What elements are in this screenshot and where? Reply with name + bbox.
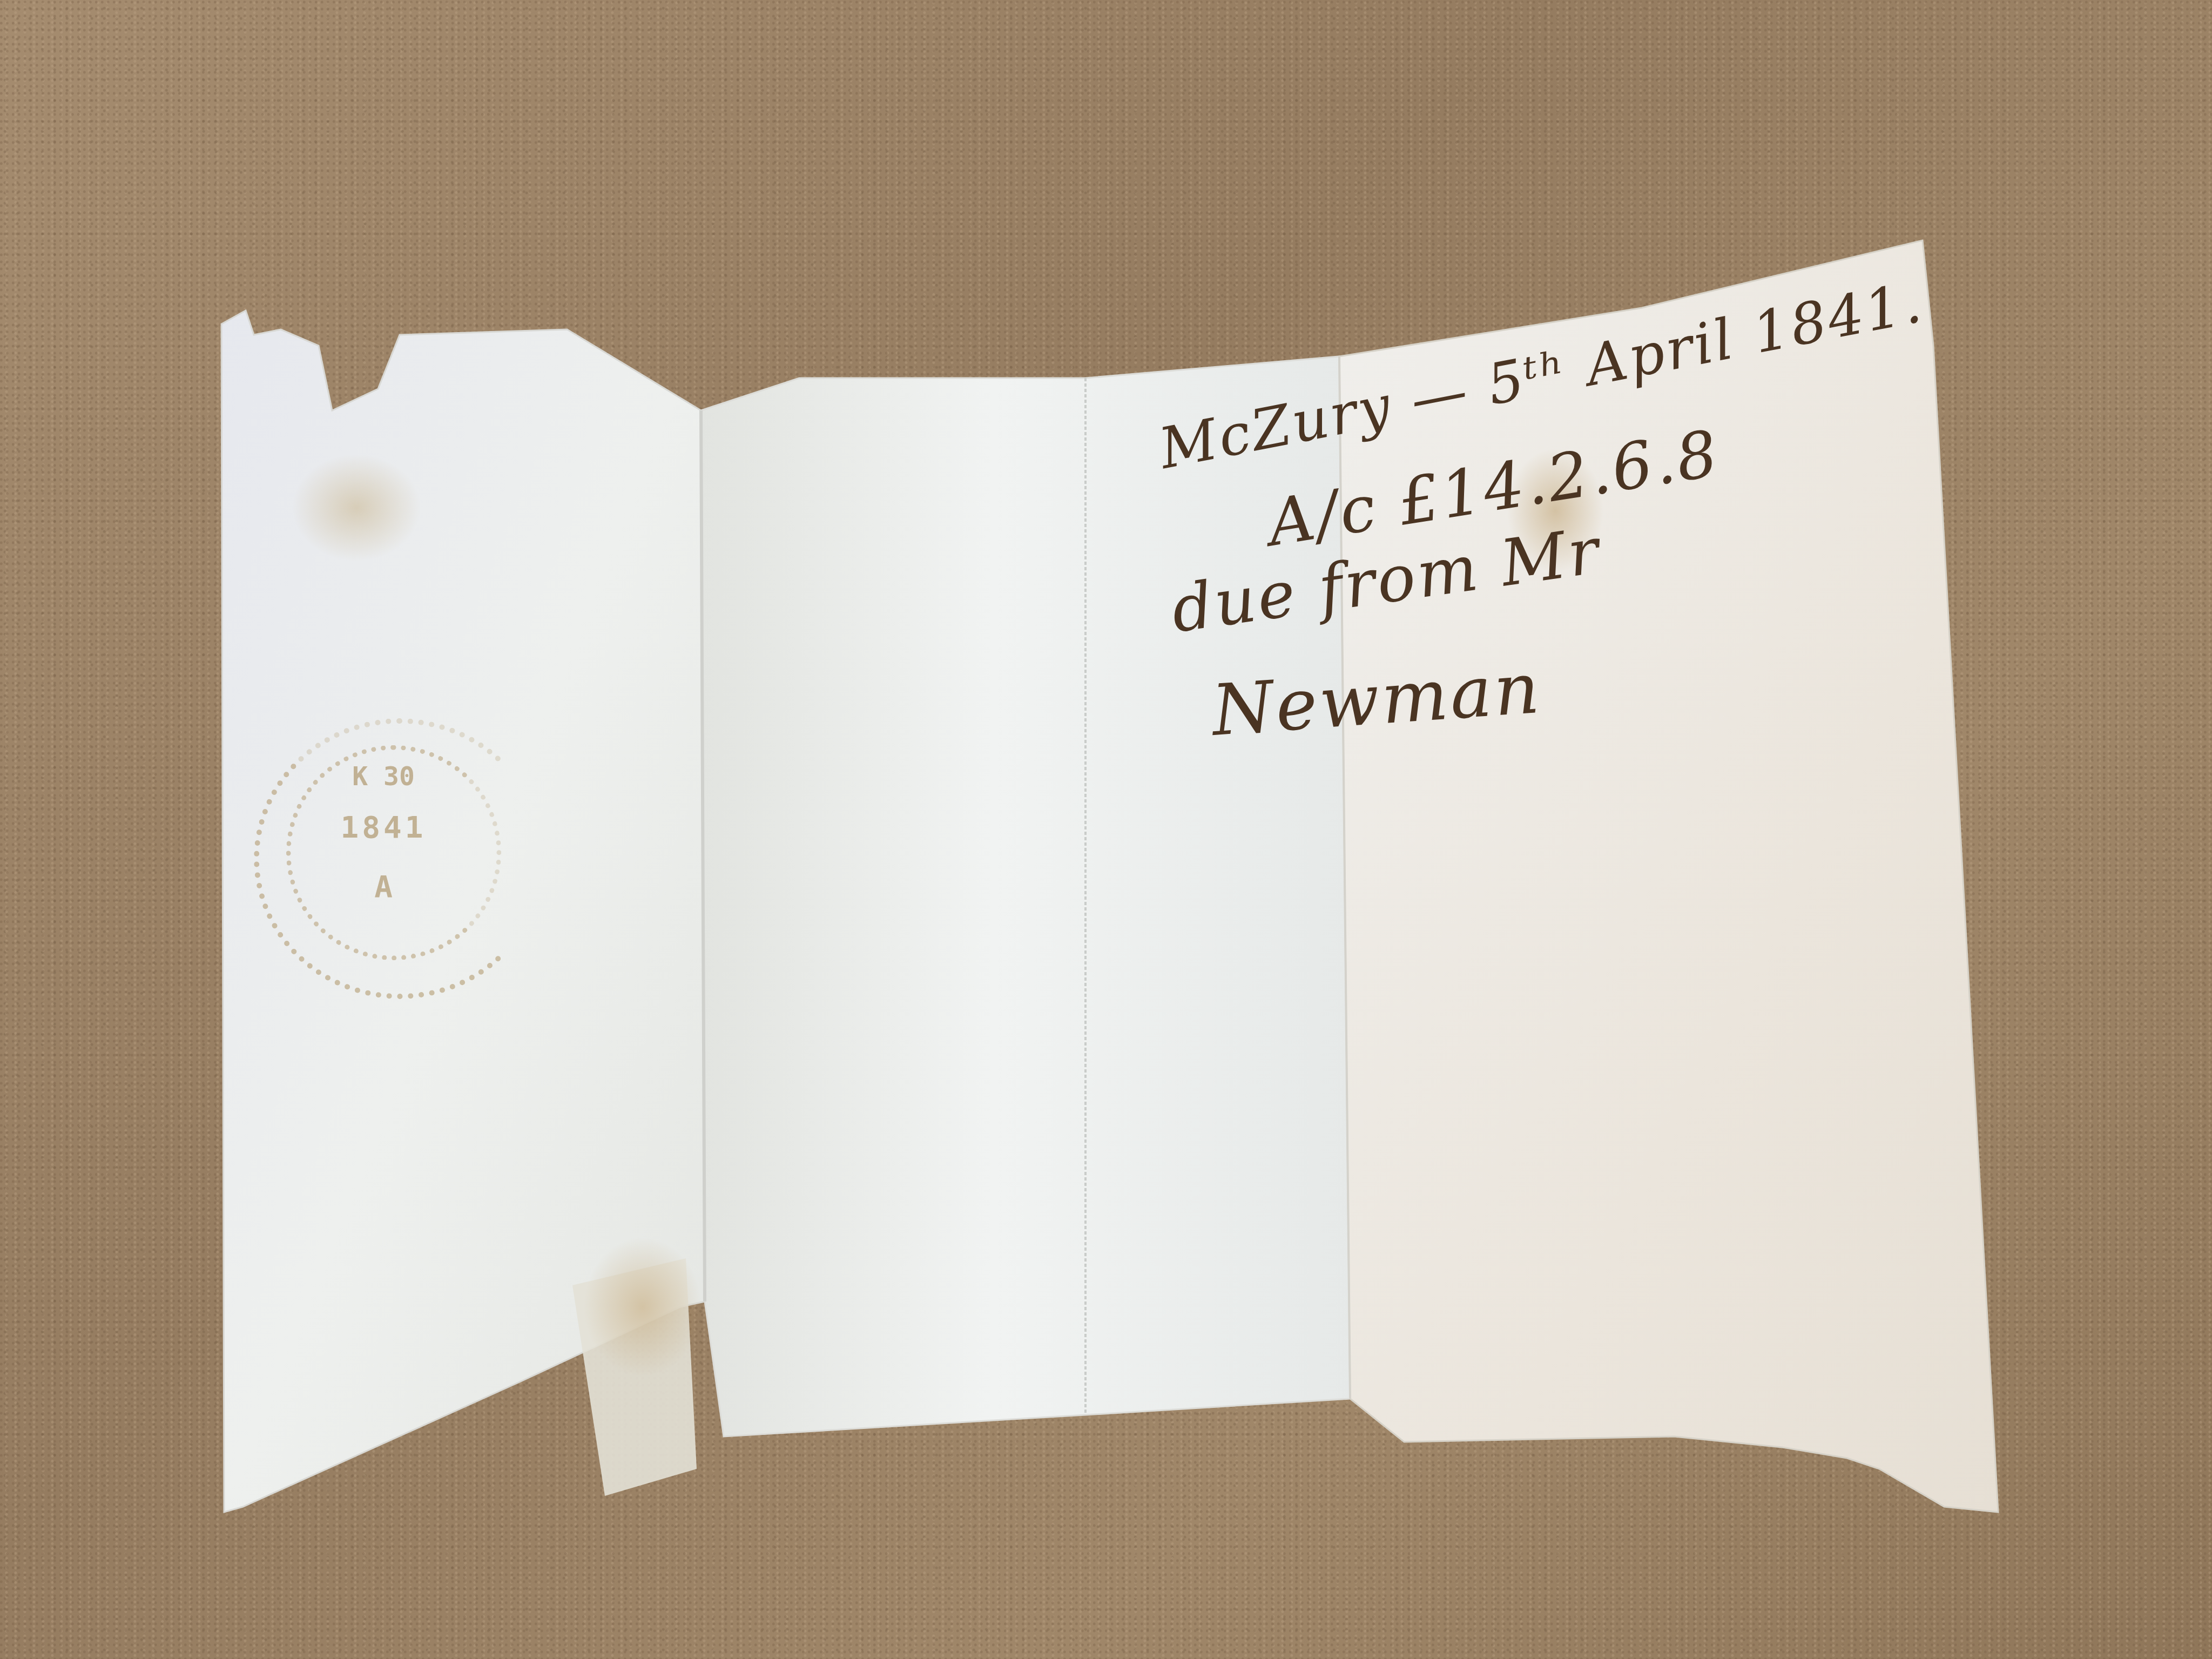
photo-scene: K 30 1841 A McZury — 5ᵗʰ April 1841. A/c… xyxy=(0,0,2212,1659)
postmark-line-1: K 30 xyxy=(329,761,437,792)
postmark-line-2: 1841 xyxy=(329,810,437,845)
middle-panel xyxy=(701,356,1350,1437)
stain-top-left xyxy=(292,454,421,562)
postmark-line-3: A xyxy=(329,869,437,905)
stain-seal xyxy=(583,1237,702,1377)
